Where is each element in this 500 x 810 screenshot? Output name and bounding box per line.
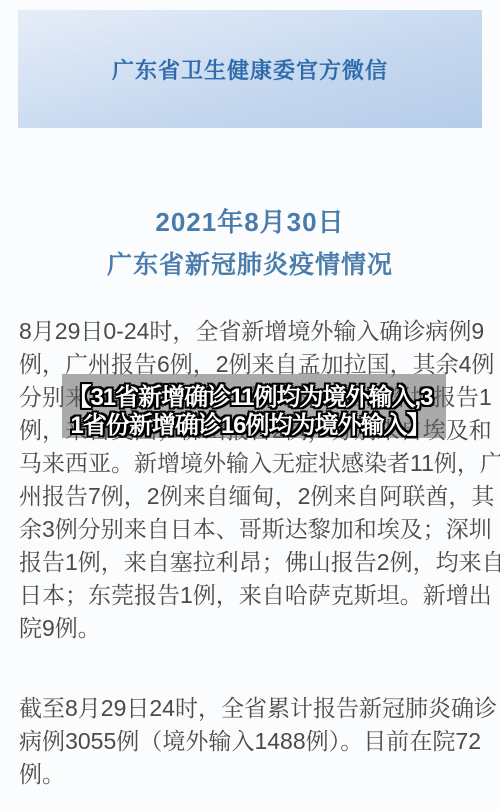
header-banner: 广东省卫生健康委官方微信: [18, 10, 482, 128]
article-line: 日本；东莞报告1例，来自哈萨克斯坦。新增出: [19, 579, 481, 612]
report-date: 2021年8月30日: [0, 202, 500, 239]
banner-title: 广东省卫生健康委官方微信: [112, 54, 388, 85]
article-line: 8月29日0-24时，全省新增境外输入确诊病例9: [19, 315, 481, 348]
paragraph-daily-report: 8月29日0-24时，全省新增境外输入确诊病例9 例，广州报告6例，2例来自孟加…: [0, 315, 500, 645]
article-line: 报告1例，来自塞拉利昂；佛山报告2例，均来自: [19, 546, 481, 579]
article-line: 截至8月29日24时，全省累计报告新冠肺炎确诊: [19, 692, 481, 725]
article-line: 马来西亚。新增境外输入无症状感染者11例，广: [19, 447, 481, 480]
caption-text-line-2: 1省份新增确诊16例均为境外输入】: [0, 405, 500, 440]
article-line: 余3例分别来自日本、哥斯达黎加和埃及；深圳: [19, 513, 481, 546]
article-line: 院9例。: [19, 612, 481, 645]
article-line: 例。: [19, 758, 481, 791]
article-screenshot: { "header": { "banner_title": "广东省卫生健康委官…: [0, 0, 500, 810]
article-line: 州报告7例，2例来自缅甸，2例来自阿联酋，其: [19, 480, 481, 513]
report-title: 广东省新冠肺炎疫情情况: [0, 245, 500, 281]
paragraph-cumulative-report: 截至8月29日24时，全省累计报告新冠肺炎确诊 病例3055例（境外输入1488…: [0, 692, 500, 791]
article-line: 病例3055例（境外输入1488例）。目前在院72: [19, 725, 481, 758]
